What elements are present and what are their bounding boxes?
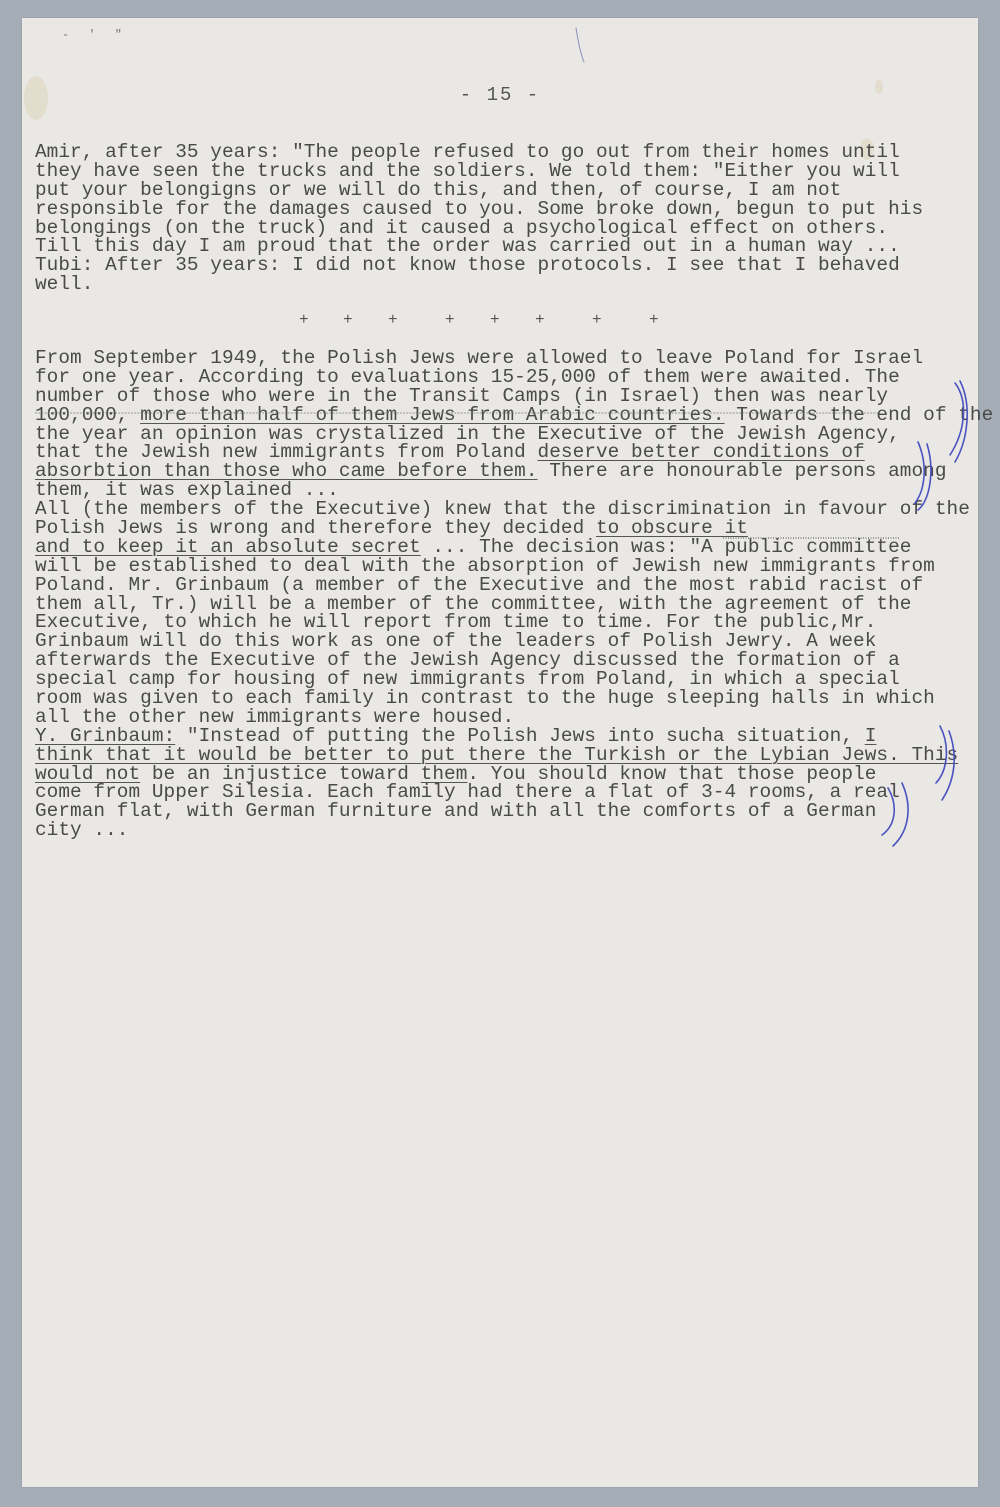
text-segment: well. bbox=[35, 273, 93, 295]
text-segment: German flat, with German furniture and w… bbox=[35, 800, 876, 822]
text-segment: city ... bbox=[35, 819, 129, 841]
text-segment: There are honourable persons among bbox=[538, 460, 947, 482]
corner-marks: - ' " bbox=[62, 28, 128, 42]
text-line: Tubi: After 35 years: I did not know tho… bbox=[35, 256, 923, 275]
separator-plus: + bbox=[535, 311, 545, 329]
separator-plus: + bbox=[649, 311, 659, 329]
paragraph-polish-jews-absorption: From September 1949, the Polish Jews wer… bbox=[35, 349, 993, 840]
text-segment: Tubi: After 35 years: I did not know tho… bbox=[35, 254, 900, 276]
text-line: German flat, with German furniture and w… bbox=[35, 802, 993, 821]
separator-plus: + bbox=[299, 311, 309, 329]
separator-plus: + bbox=[445, 311, 455, 329]
text-line: well. bbox=[35, 275, 923, 294]
separator-plus: + bbox=[592, 311, 602, 329]
paragraph-amir-tubi-quote: Amir, after 35 years: "The people refuse… bbox=[35, 143, 923, 294]
separator-plus: + bbox=[343, 311, 353, 329]
separator-plus: + bbox=[490, 311, 500, 329]
text-line: city ... bbox=[35, 821, 993, 840]
page-number: - 15 - bbox=[0, 84, 1000, 106]
separator-plus: + bbox=[388, 311, 398, 329]
